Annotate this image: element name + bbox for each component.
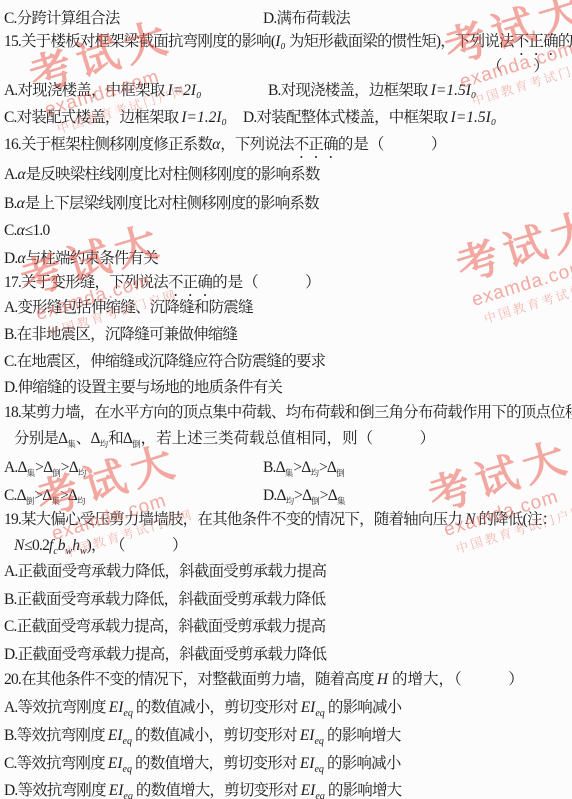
option-label: D.等效抗弯刚度: [4, 782, 109, 799]
delta-glyph: Δ: [58, 430, 67, 447]
q20-option-d: D.等效抗弯刚度 EIeq 的数值增大，剪切变形对 EIeq 的影响增大: [4, 780, 401, 799]
delta-glyph: Δ: [91, 430, 100, 447]
q20-option-b: B.等效抗弯刚度 EIeq 的数值减小，剪切变形对 EIeq 的影响增大: [4, 725, 401, 746]
option-mid: 的数值增大，剪切变形对: [132, 755, 300, 772]
q17-stem-post: 的是（ ）: [212, 274, 321, 291]
EIeq-symbol: EIeq: [301, 699, 325, 716]
q15-option-b: B.对现浇楼盖，边框架取 I=1.5I₀: [268, 80, 476, 101]
subscript: 集: [27, 468, 36, 478]
q17-stem-pre: 17.关于变形缝，下列说法: [4, 274, 168, 291]
subscript: 均: [77, 496, 86, 506]
q18-option-b: B.Δ集>Δ均>Δ倒: [263, 457, 345, 478]
q14-options-row: C.分跨计算组合法 D.满布荷载法: [4, 8, 120, 29]
inertia-symbol: I₀: [275, 33, 286, 50]
emphasized-text: 不正确: [294, 136, 338, 153]
q18-stem2-post: ，若上述三类荷载总值相同，则（ ）: [141, 430, 436, 447]
option-label: D.: [4, 250, 17, 267]
delta-glyph: Δ: [276, 487, 285, 504]
q14-option-c: C.分跨计算组合法: [4, 10, 120, 27]
watermark-cluster: 考试大 examda.com 中国教育考试门户网: [424, 435, 572, 559]
delta-glyph: Δ: [328, 487, 337, 504]
option-post: 的影响减小: [324, 755, 401, 772]
subscript: 倒: [336, 468, 345, 478]
option-text: ≤1.0: [25, 222, 50, 239]
subscript: eq: [314, 736, 323, 747]
q16-stem-mid: ，下列说法: [220, 136, 294, 153]
alpha-symbol: α: [17, 195, 25, 212]
delta-symbol: Δ均: [91, 430, 109, 447]
EI-glyph: EI: [108, 755, 123, 772]
option-text: 与柱端约束条件有关: [26, 250, 158, 267]
subscript: eq: [315, 708, 324, 719]
q18-stem-line1: 18.某剪力墙，在水平方向的顶点集中荷载、均布荷载和倒三角分布荷载作用下的顶点位…: [4, 402, 572, 423]
q19-option-d: D.正截面受弯承载力提高，斜截面受剪承载力降低: [4, 644, 326, 665]
option-label: C.: [4, 222, 17, 239]
q17-option-b: B.在非地震区，沉降缝可兼做伸缩缝: [4, 324, 237, 345]
EIeq-symbol: EIeq: [108, 755, 132, 772]
q19-stem-post: 的降低(注：: [475, 511, 556, 528]
delta-glyph: Δ: [43, 459, 52, 476]
delta-glyph: Δ: [68, 487, 77, 504]
option-mid: 的数值减小，剪切变形对: [132, 727, 300, 744]
emphasized-text: 不正确: [514, 33, 558, 50]
formula: I=2I₀: [168, 82, 202, 99]
EI-glyph: EI: [300, 727, 315, 744]
option-text: 是上下层梁线刚度比对柱侧移刚度的影响系数: [25, 195, 319, 212]
option-label: A.等效抗弯刚度: [4, 699, 109, 716]
q20-stem-post: 的增大，（ ）: [388, 671, 524, 688]
subscript-triangle: 倒: [132, 439, 141, 449]
option-label: B.: [263, 459, 276, 476]
h-glyph: h: [72, 537, 80, 554]
q15-stem-pre: 15.关于楼板对框架梁截面抗弯刚度的影响(: [4, 33, 275, 50]
q20-stem-pre: 20.在其他条件不变的情况下，对整截面剪力墙，随着高度: [4, 671, 377, 688]
option-mid: 的数值减小，剪切变形对: [133, 699, 301, 716]
q19-option-a: A.正截面受弯承载力降低，斜截面受剪承载力提高: [4, 561, 326, 582]
EIeq-symbol: EIeq: [300, 755, 324, 772]
q18-stem2-pre: 分别是: [14, 430, 58, 447]
EI-glyph: EI: [301, 782, 316, 799]
option-label: B.等效抗弯刚度: [4, 727, 108, 744]
q19-option-c: C.正截面受弯承载力提高，斜截面受剪承载力提高: [4, 616, 325, 637]
subscript-uniform: 均: [100, 439, 109, 449]
q15-option-c-text: C.对装配式楼盖，边框架取: [4, 109, 181, 126]
subscript: eq: [123, 791, 132, 799]
subscript: 倒: [52, 468, 61, 478]
q15-answer-bracket: （ ）: [487, 56, 549, 77]
alpha-symbol: α: [17, 166, 25, 183]
q18-option-a: A.Δ集>Δ倒>Δ均: [4, 459, 86, 476]
subscript: 集: [337, 496, 346, 506]
N-symbol: N: [465, 511, 475, 528]
q18-options-row-ab: A.Δ集>Δ倒>Δ均 B.Δ集>Δ均>Δ倒: [4, 457, 86, 478]
option-label: C.等效抗弯刚度: [4, 755, 108, 772]
EIeq-symbol: EIeq: [108, 727, 132, 744]
q15-stem-post: 的是: [558, 33, 572, 50]
q16-option-a: A.α是反映梁柱线刚度比对柱侧移刚度的影响系数: [4, 164, 320, 185]
separator: 和: [108, 430, 123, 447]
separator: 、: [76, 430, 91, 447]
EI-glyph: EI: [300, 755, 315, 772]
q15-option-a: A.对现浇楼盖，中框架取 I=2I₀: [4, 82, 201, 99]
formula: I=1.5I₀: [451, 109, 497, 126]
alpha-symbol: α: [17, 222, 25, 239]
subscript: 倒: [311, 496, 320, 506]
delta-glyph: Δ: [17, 459, 26, 476]
delta-glyph: Δ: [302, 487, 311, 504]
EI-glyph: EI: [108, 727, 123, 744]
EIeq-symbol: EIeq: [109, 699, 133, 716]
q17-stem-line: 17.关于变形缝，下列说法不正确的是（ ）: [4, 272, 321, 300]
delta-glyph: Δ: [123, 430, 132, 447]
q18-option-d: D.Δ均>Δ倒>Δ集: [263, 485, 345, 506]
EI-glyph: EI: [109, 699, 124, 716]
alpha-symbol: α: [212, 136, 220, 153]
bw-symbol: bw: [58, 537, 72, 554]
EIeq-symbol: EIeq: [301, 782, 325, 799]
option-post: 的影响增大: [324, 727, 401, 744]
option-mid: 的数值增大，剪切变形对: [133, 782, 301, 799]
q19-stem-line2: N≤0.2fcbwhw)，（ ）: [14, 535, 187, 556]
q19-option-b: B.正截面受弯承载力降低，斜截面受剪承载力降低: [4, 589, 325, 610]
examda-logo-text: 考试大: [452, 205, 572, 288]
q18-option-c: C.Δ倒>Δ集>Δ均: [4, 487, 86, 504]
q20-option-a: A.等效抗弯刚度 EIeq 的数值减小，剪切变形对 EIeq 的影响减小: [4, 697, 401, 718]
gt-sign: >: [61, 459, 69, 476]
q15-option-d-text: D.对装配整体式楼盖，中框架取: [243, 109, 451, 126]
q17-option-c: C.在地震区，伸缩缝或沉降缝应符合防震缝的要求: [4, 351, 325, 372]
q15-stem-line: 15.关于楼板对框架梁截面抗弯刚度的影响(I₀ 为矩形截面梁的惯性矩)，下列说法…: [4, 31, 572, 59]
gt-sign: >: [60, 487, 68, 504]
subscript: eq: [315, 791, 324, 799]
gt-sign: >: [320, 487, 328, 504]
EIeq-symbol: EIeq: [109, 782, 133, 799]
q16-option-d: D.α与柱端约束条件有关: [4, 248, 158, 269]
option-label: B.: [4, 195, 17, 212]
option-label: C.: [4, 487, 17, 504]
option-text: 是反映梁柱线刚度比对柱侧移刚度的影响系数: [26, 166, 320, 183]
q15-option-d: D.对装配整体式楼盖，中框架取 I=1.5I₀: [243, 107, 496, 128]
q15-option-b-text: B.对现浇楼盖，边框架取: [268, 82, 431, 99]
q16-stem-post: 的是（ ）: [338, 136, 447, 153]
q15-option-c: C.对装配式楼盖，边框架取 I=1.2I₀: [4, 109, 227, 126]
q17-option-a: A.变形缝包括伸缩缝、沉降缝和防震缝: [4, 297, 253, 318]
condition-coefficient: ≤0.2: [24, 537, 49, 554]
q16-stem-pre: 16.关于框架柱侧移刚度修正系数: [4, 136, 212, 153]
delta-glyph: Δ: [276, 459, 285, 476]
exam-document-page: C.分跨计算组合法 D.满布荷载法 15.关于楼板对框架梁截面抗弯刚度的影响(I…: [0, 0, 572, 799]
subscript: eq: [123, 708, 132, 719]
q16-stem-line: 16.关于框架柱侧移刚度修正系数α，下列说法不正确的是（ ）: [4, 134, 446, 162]
option-label: D.: [263, 487, 276, 504]
subscript: 均: [286, 496, 295, 506]
q15-options-row-ab: A.对现浇楼盖，中框架取 I=2I₀ B.对现浇楼盖，边框架取 I=1.5I₀: [4, 80, 201, 101]
q19-stem-pre: 19.某大偏心受压剪力墙墙肢，在其他条件不变的情况下，随着轴向压力: [4, 511, 465, 528]
examda-site-text: examda.com: [470, 250, 572, 310]
q17-option-d: D.伸缩缝的设置主要与场地的地质条件有关: [4, 377, 282, 398]
subscript: 集: [51, 496, 60, 506]
q16-option-b: B.α是上下层梁线刚度比对柱侧移刚度的影响系数: [4, 193, 319, 214]
N-symbol: N: [14, 537, 24, 554]
watermark-cluster: 考试大 examda.com 中国教育考试门户网: [452, 205, 572, 329]
q14-option-d: D.满布荷载法: [263, 8, 350, 29]
examda-logo-text: 考试大: [424, 435, 572, 518]
q16-option-c: C.α≤1.0: [4, 220, 49, 241]
subscript-concentrated: 集: [67, 439, 76, 449]
subscript: eq: [123, 764, 132, 775]
b-glyph: b: [58, 537, 66, 554]
q19-answer-bracket: （ ）: [118, 537, 188, 554]
examda-tagline-text: 中国教育考试门户网: [483, 274, 572, 326]
q18-stem-line2: 分别是Δ集、Δ均和Δ倒，若上述三类荷载总值相同，则（ ）: [14, 428, 435, 449]
q15-option-a-text: A.对现浇楼盖，中框架取: [4, 82, 168, 99]
delta-symbol: Δ集: [58, 430, 76, 447]
option-label: A.: [4, 459, 17, 476]
q20-option-c: C.等效抗弯刚度 EIeq 的数值增大，剪切变形对 EIeq 的影响减小: [4, 753, 401, 774]
delta-glyph: Δ: [327, 459, 336, 476]
condition-close: )，: [87, 537, 106, 554]
q19-stem-line1: 19.某大偏心受压剪力墙墙肢，在其他条件不变的情况下，随着轴向压力 N 的降低(…: [4, 509, 556, 530]
gt-sign: >: [294, 487, 302, 504]
q15-options-row-cd: C.对装配式楼盖，边框架取 I=1.2I₀ D.对装配整体式楼盖，中框架取 I=…: [4, 107, 227, 128]
EI-glyph: EI: [109, 782, 124, 799]
emphasized-text: 不正确: [168, 274, 212, 291]
subscript: 均: [78, 468, 87, 478]
option-post: 的影响增大: [325, 782, 402, 799]
delta-symbol: Δ倒: [123, 430, 141, 447]
q15-stem-mid: 为矩形截面梁的惯性矩)，下列说法: [286, 33, 514, 50]
gt-sign: >: [35, 459, 43, 476]
fc-symbol: fc: [49, 537, 58, 554]
gt-sign: >: [319, 459, 327, 476]
formula: I=1.5I₀: [431, 82, 477, 99]
EI-glyph: EI: [301, 699, 316, 716]
option-post: 的影响减小: [325, 699, 402, 716]
option-label: A.: [4, 166, 17, 183]
q18-options-row-cd: C.Δ倒>Δ集>Δ均 D.Δ均>Δ倒>Δ集: [4, 485, 86, 506]
H-symbol: H: [377, 671, 388, 688]
subscript: w: [80, 546, 87, 557]
delta-glyph: Δ: [69, 459, 78, 476]
subscript: eq: [314, 764, 323, 775]
hw-symbol: hw: [72, 537, 86, 554]
subscript: eq: [123, 736, 132, 747]
EIeq-symbol: EIeq: [300, 727, 324, 744]
formula: I=1.2I₀: [181, 109, 227, 126]
alpha-symbol: α: [17, 250, 25, 267]
q20-stem-line: 20.在其他条件不变的情况下，对整截面剪力墙，随着高度 H 的增大，（ ）: [4, 669, 524, 690]
delta-glyph: Δ: [17, 487, 26, 504]
subscript: 均: [310, 468, 319, 478]
